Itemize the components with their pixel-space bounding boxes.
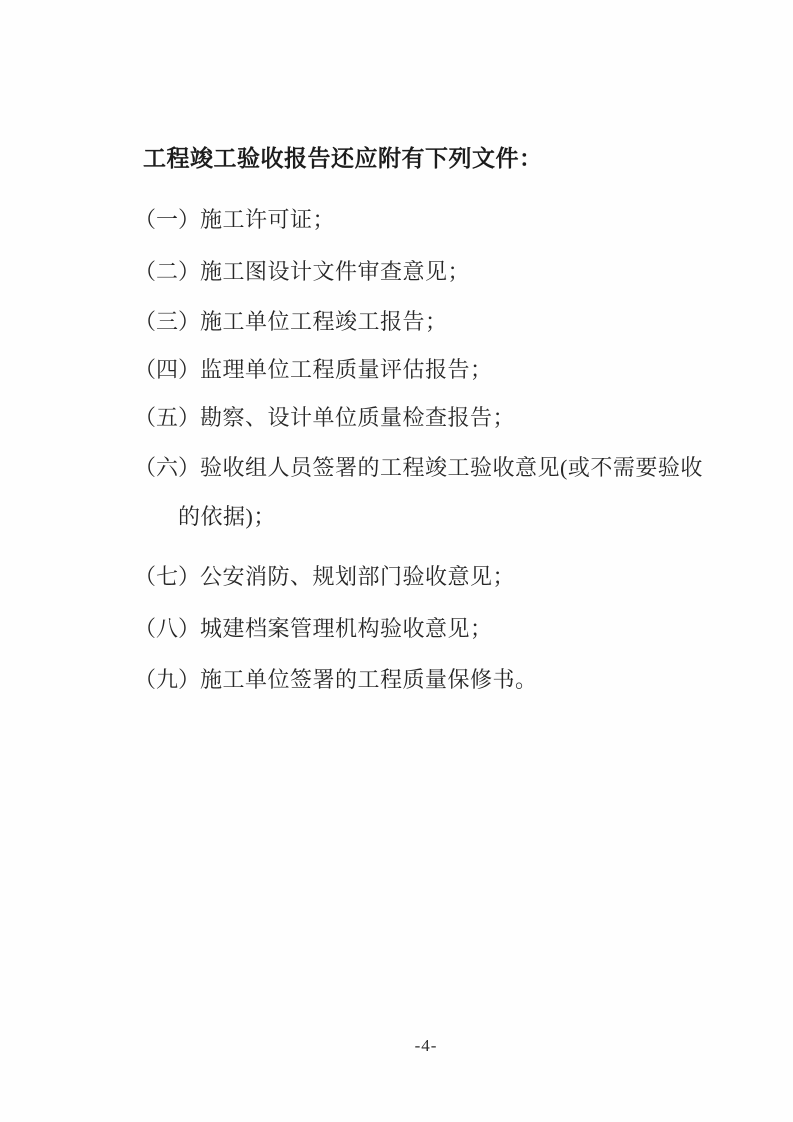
item-text: 的依据)； bbox=[178, 504, 276, 529]
list-item-3: （三）施工单位工程竣工报告； bbox=[134, 308, 448, 337]
item-text: 勘察、设计单位质量检查报告； bbox=[200, 405, 515, 430]
list-item-1: （一）施工许可证； bbox=[134, 206, 335, 235]
item-number: （六） bbox=[134, 455, 200, 480]
item-number: （八） bbox=[134, 616, 200, 641]
list-item-7: （七）公安消防、规划部门验收意见； bbox=[134, 563, 515, 592]
list-item-2: （二）施工图设计文件审查意见； bbox=[134, 258, 470, 287]
list-item-8: （八）城建档案管理机构验收意见； bbox=[134, 615, 493, 644]
item-text: 公安消防、规划部门验收意见； bbox=[200, 564, 515, 589]
item-text: 施工许可证； bbox=[200, 207, 335, 232]
item-number: （四） bbox=[134, 357, 200, 382]
item-text: 监理单位工程质量评估报告； bbox=[200, 357, 493, 382]
item-number: （七） bbox=[134, 564, 200, 589]
item-text: 施工单位工程竣工报告； bbox=[200, 309, 448, 334]
document-page: 工程竣工验收报告还应附有下列文件： （一）施工许可证； （二）施工图设计文件审查… bbox=[0, 0, 793, 1122]
list-item-9: （九）施工单位签署的工程质量保修书。 bbox=[134, 666, 538, 695]
item-number: （五） bbox=[134, 405, 200, 430]
item-number: （二） bbox=[134, 259, 200, 284]
document-title: 工程竣工验收报告还应附有下列文件： bbox=[143, 144, 543, 173]
item-number: （一） bbox=[134, 207, 200, 232]
item-text: 施工图设计文件审查意见； bbox=[200, 259, 470, 284]
list-item-5: （五）勘察、设计单位质量检查报告； bbox=[134, 404, 515, 433]
item-text: 施工单位签署的工程质量保修书。 bbox=[200, 667, 538, 692]
list-item-4: （四）监理单位工程质量评估报告； bbox=[134, 356, 493, 385]
item-text: 城建档案管理机构验收意见； bbox=[200, 616, 493, 641]
list-item-6-continuation: 的依据)； bbox=[178, 503, 276, 532]
item-number: （三） bbox=[134, 309, 200, 334]
item-number: （九） bbox=[134, 667, 200, 692]
item-text: 验收组人员签署的工程竣工验收意见(或不需要验收 bbox=[200, 455, 703, 480]
page-number: -4- bbox=[0, 1036, 793, 1056]
list-item-6: （六）验收组人员签署的工程竣工验收意见(或不需要验收 bbox=[134, 454, 703, 483]
